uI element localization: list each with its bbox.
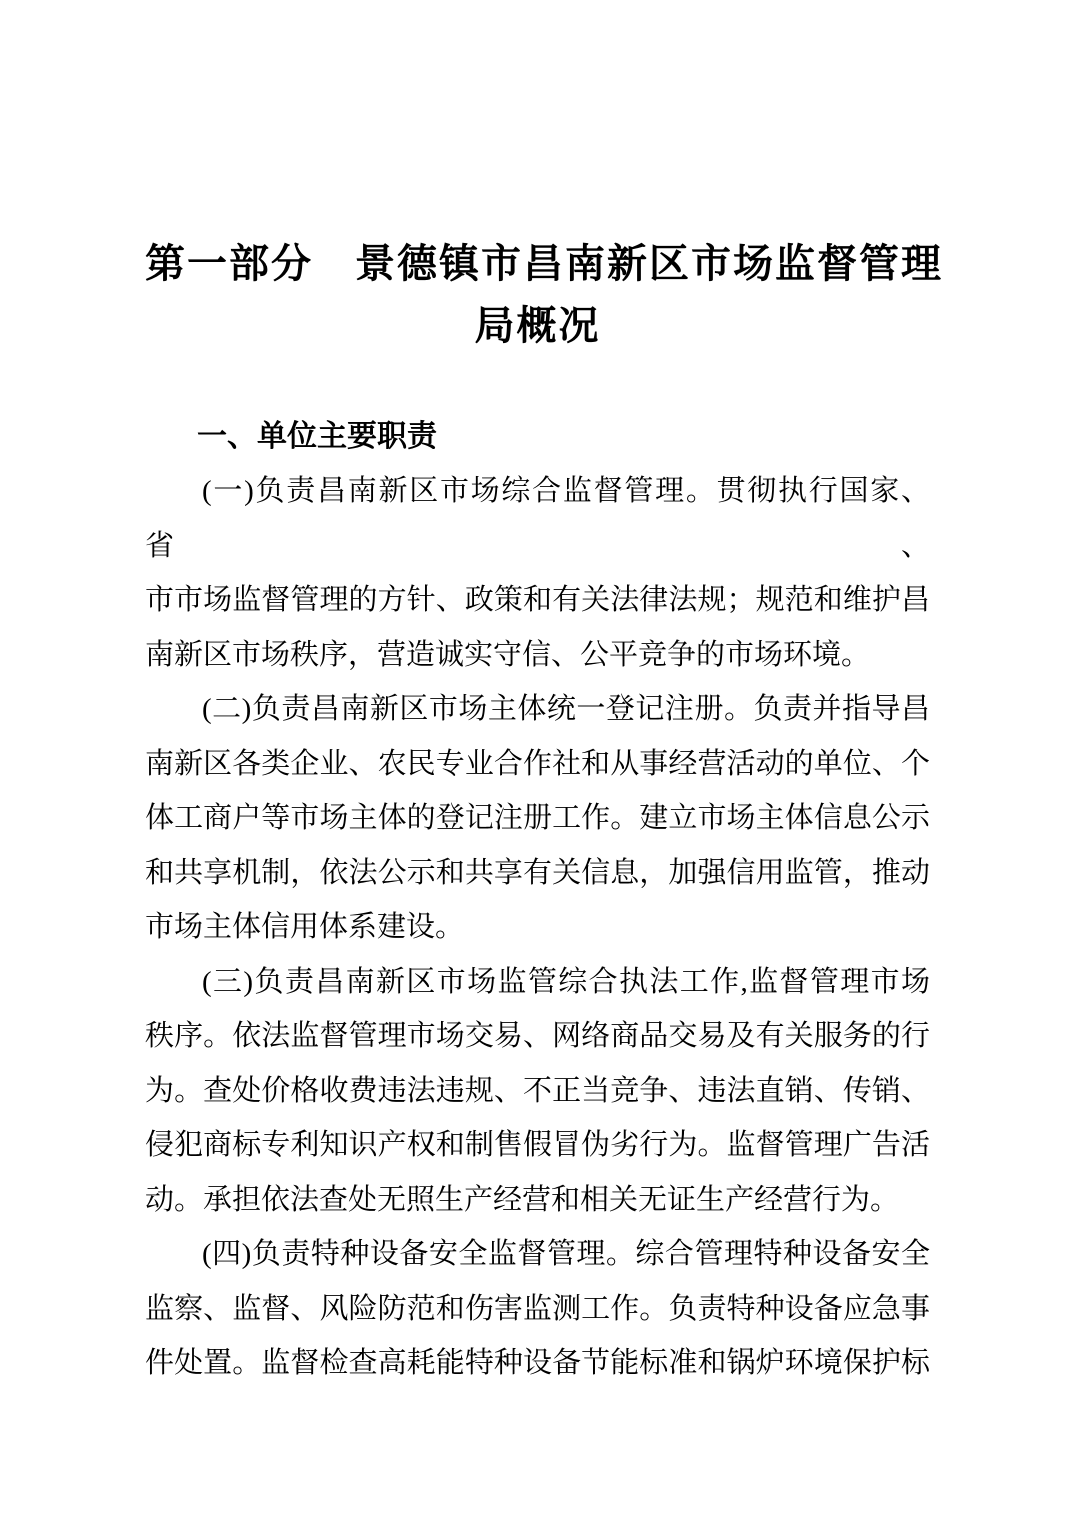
paragraph-4-line: (四)负责特种设备安全监督管理。综合管理特种设备安全 xyxy=(145,1227,930,1282)
document-title-line2: 局概况 xyxy=(145,295,930,357)
paragraph-2-line: 和共享机制，依法公示和共享有关信息，加强信用监管，推动 xyxy=(145,846,930,901)
paragraph-3-line: 秩序。依法监督管理市场交易、网络商品交易及有关服务的行 xyxy=(145,1009,930,1064)
document-title: 第一部分 景德镇市昌南新区市场监督管理 局概况 xyxy=(145,233,930,357)
paragraph-2-line: 市场主体信用体系建设。 xyxy=(145,900,930,955)
paragraph-3-line: 动。承担依法查处无照生产经营和相关无证生产经营行为。 xyxy=(145,1173,930,1228)
document-title-line1: 第一部分 景德镇市昌南新区市场监督管理 xyxy=(145,233,930,295)
section-heading: 一、单位主要职责 xyxy=(145,409,930,464)
paragraph-3-line: (三)负责昌南新区市场监管综合执法工作,监督管理市场 xyxy=(145,955,930,1010)
paragraph-2-line: 体工商户等市场主体的登记注册工作。建立市场主体信息公示 xyxy=(145,791,930,846)
paragraph-1-line: 市市场监督管理的方针、政策和有关法律法规；规范和维护昌 xyxy=(145,573,930,628)
document-body: (一)负责昌南新区市场综合监督管理。贯彻执行国家、省、市市场监督管理的方针、政策… xyxy=(145,464,930,1391)
paragraph-3-line: 侵犯商标专利知识产权和制售假冒伪劣行为。监督管理广告活 xyxy=(145,1118,930,1173)
paragraph-4-line: 件处置。监督检查高耗能特种设备节能标准和锅炉环境保护标 xyxy=(145,1336,930,1391)
document-page: 第一部分 景德镇市昌南新区市场监督管理 局概况 一、单位主要职责 (一)负责昌南… xyxy=(0,0,1074,1520)
paragraph-2-line: (二)负责昌南新区市场主体统一登记注册。负责并指导昌 xyxy=(145,682,930,737)
paragraph-3-line: 为。查处价格收费违法违规、不正当竞争、违法直销、传销、 xyxy=(145,1064,930,1119)
paragraph-1-line: 南新区市场秩序，营造诚实守信、公平竞争的市场环境。 xyxy=(145,628,930,683)
paragraph-2-line: 南新区各类企业、农民专业合作社和从事经营活动的单位、个 xyxy=(145,737,930,792)
paragraph-1-line: (一)负责昌南新区市场综合监督管理。贯彻执行国家、省、 xyxy=(145,464,930,573)
paragraph-4-line: 监察、监督、风险防范和伤害监测工作。负责特种设备应急事 xyxy=(145,1282,930,1337)
